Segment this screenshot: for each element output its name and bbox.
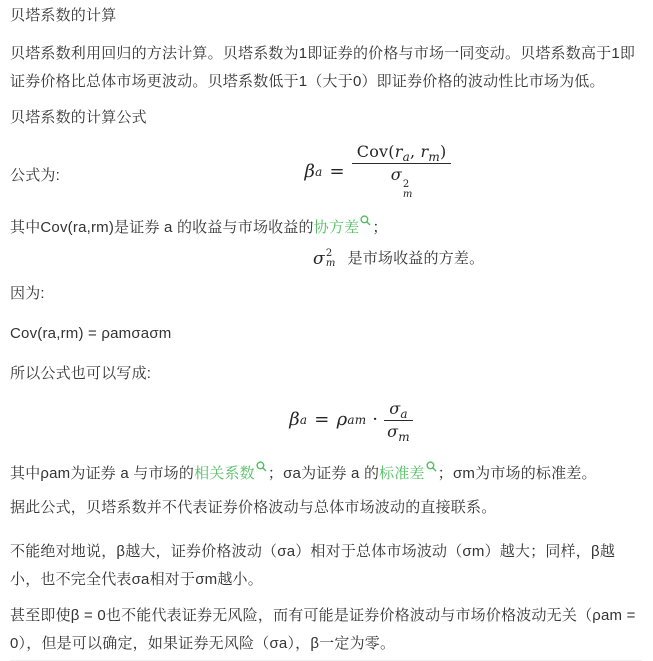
formula-beta-covariance: βa=Cov(ra, rm)σ2m [305, 144, 452, 200]
search-icon[interactable] [256, 454, 267, 482]
correlation-link[interactable]: 相关系数 [194, 465, 255, 482]
conclusion-1: 据此公式，贝塔系数并不代表证券价格波动与总体市场波动的直接联系。 [10, 494, 642, 522]
cov-identity: Cov(ra,rm) = ρamσaσm [10, 320, 642, 348]
conclusion-2: 不能绝对地说，β越大，证券价格波动（σa）相对于总体市场波动（σm）越大；同样，… [10, 538, 642, 594]
search-icon[interactable] [426, 454, 437, 482]
formula-section-title: 贝塔系数的计算公式 [10, 104, 642, 132]
covariance-note: 其中Cov(ra,rm)是证券 a 的收益与市场收益的协方差； [10, 208, 642, 242]
sigma-variance-note: σ2m 是市场收益的方差。 [10, 244, 642, 274]
sigma-note-text: 是市场收益的方差。 [348, 245, 485, 273]
article: 贝塔系数的计算 贝塔系数利用回归的方法计算。贝塔系数为1即证券的价格与市场一同变… [0, 0, 653, 661]
intro-paragraph: 贝塔系数利用回归的方法计算。贝塔系数为1即证券的价格与市场一同变动。贝塔系数高于… [10, 40, 642, 96]
covariance-link[interactable]: 协方差 [314, 219, 360, 236]
search-icon[interactable] [360, 208, 371, 236]
rewrite-label: 所以公式也可以写成: [10, 360, 642, 388]
conclusion-3: 甚至即使β = 0也不能代表证券无风险，而有可能是证券价格波动与市场价格波动无关… [10, 602, 642, 658]
sigma-squared-symbol: σ2m [313, 249, 336, 269]
rho-note: 其中ρam为证券 a 与市场的相关系数；σa为证券 a 的标准差；σm为市场的标… [10, 454, 642, 488]
page-title: 贝塔系数的计算 [10, 2, 642, 30]
formula1-row: 公式为: βa=Cov(ra, rm)σ2m [10, 140, 642, 204]
formula-beta-rho: βa=ρam·σaσm [289, 401, 412, 440]
because-label: 因为: [10, 280, 642, 308]
stddev-link[interactable]: 标准差 [379, 465, 425, 482]
formula2-row: βa=ρam·σaσm [10, 396, 642, 444]
formula1-label: 公式为: [10, 162, 60, 190]
